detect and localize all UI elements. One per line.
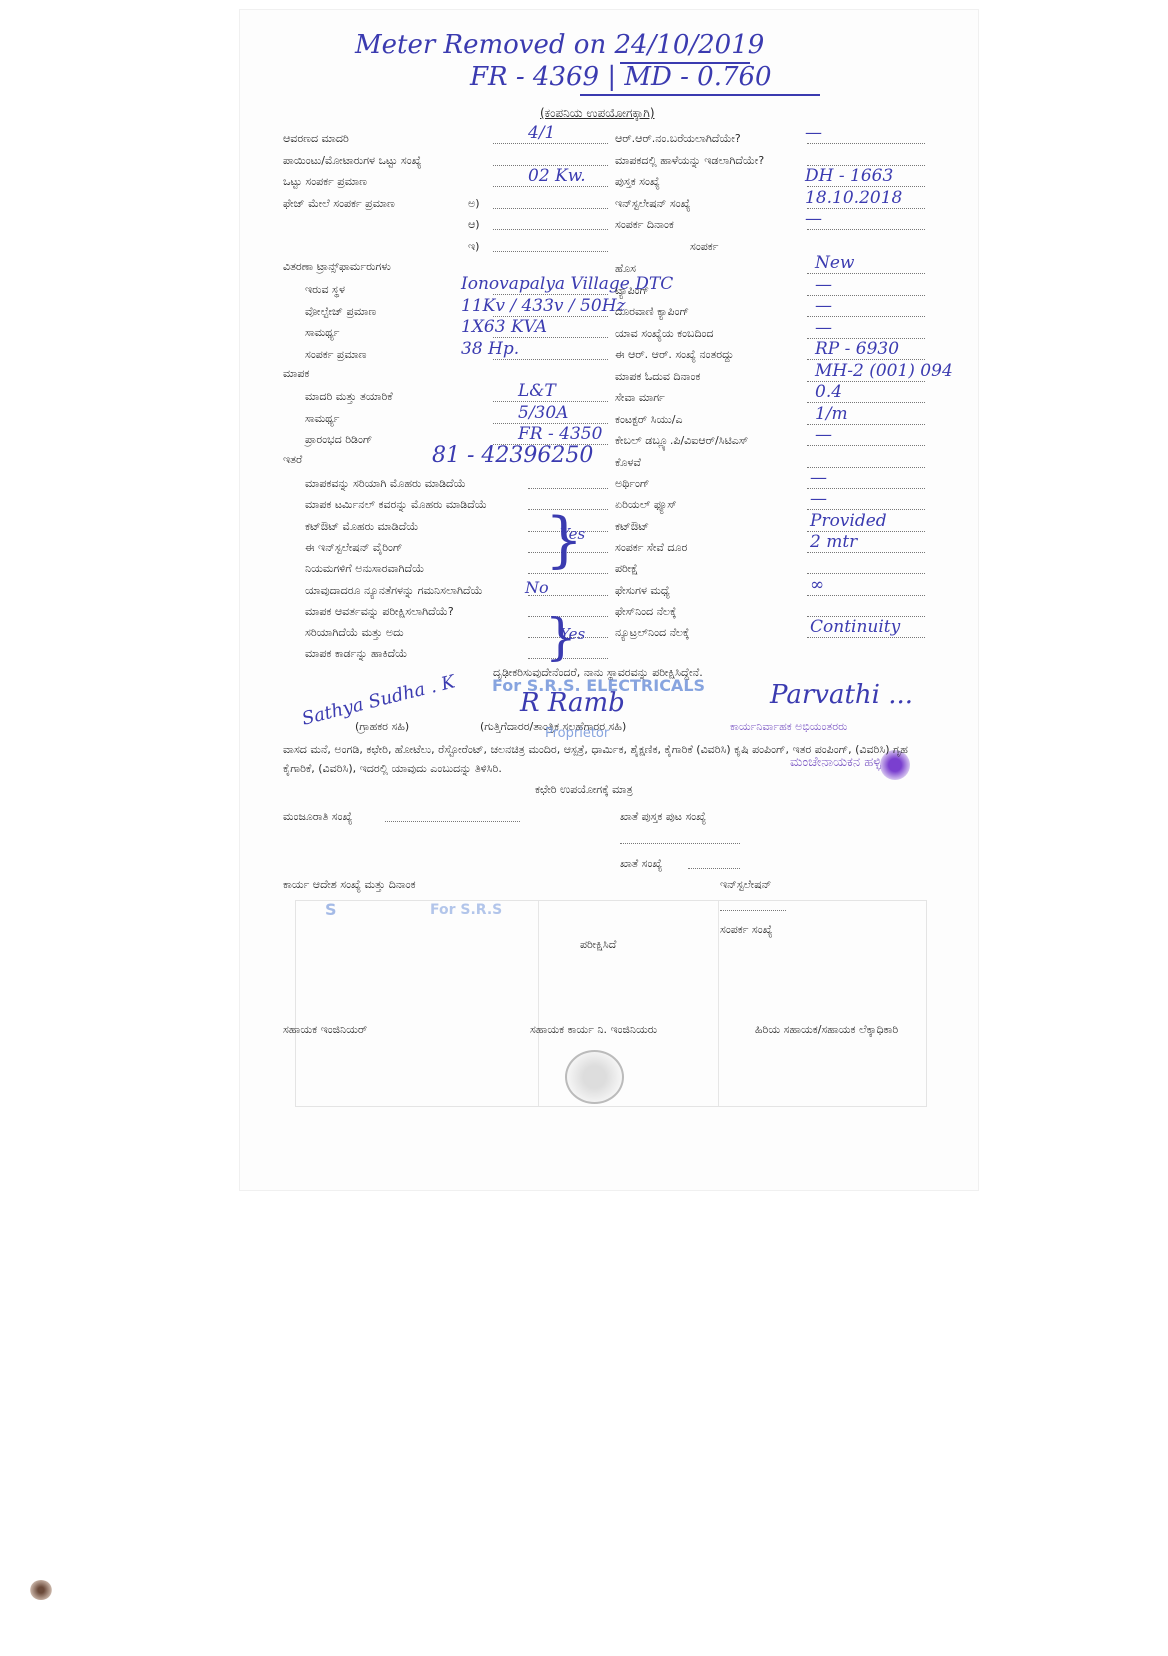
sub-item-marker: ಇ) [468, 238, 479, 256]
handwritten-value: — [815, 297, 832, 315]
handwritten-value: 38 Hp. [461, 340, 519, 358]
handwritten-value: 2 mtr [810, 533, 857, 551]
field-label: ಇನ್‌ಸ್ಟಲೇಷನ್ ಸಂಖ್ಯೆ [615, 195, 691, 213]
field-input[interactable] [493, 238, 608, 252]
section-other: ಇತರೆ [283, 453, 302, 467]
handwritten-value: — [805, 124, 822, 142]
sanction-no-label: ಮಂಜೂರಾತಿ ಸಂಖ್ಯೆ [283, 810, 352, 824]
field-label: ಮಾಪಕ ಟರ್ಮಿನಲ್ ಕವರನ್ನು ಮೊಹರು ಮಾಡಿದೆಯೆ [305, 496, 487, 514]
field-label: ಪುಸ್ತಕ ಸಂಖ್ಯೆ [615, 173, 660, 191]
field-label: ಸಾಮರ್ಥ್ಯ [305, 324, 340, 342]
handwritten-value: 11Kv / 433v / 50Hz [461, 297, 625, 315]
field-label: ಫೇಜ್ ಮೇಲೆ ಸಂಪರ್ಕ ಪ್ರಮಾಣ [283, 195, 395, 213]
field-input[interactable] [807, 152, 925, 166]
faded-stamp: For S.R.S [430, 902, 502, 918]
field-input[interactable] [807, 216, 925, 230]
field-label: ಆರ್.ಆರ್.ನಂ.ಬರೆಯಲಾಗಿದೆಯೇ? [615, 130, 741, 148]
ledger-page-label: ಖಾತೆ ಪುಸ್ತಕ ಪುಟ ಸಂಖ್ಯೆ [620, 810, 706, 824]
field-label: ಮಾಪಕ ಓದುವ ದಿನಾಂಕ [615, 368, 700, 386]
accounts-officer-label: ಹಿರಿಯ ಸಹಾಯಕ/ಸಹಾಯಕ ಲೆಕ್ಕಾಧಿಕಾರಿ [755, 1023, 898, 1037]
handwritten-value: — [810, 490, 827, 508]
field-label: ಮಾಪಕವನ್ನು ಸರಿಯಾಗಿ ಮೊಹರು ಮಾಡಿದೆಯೆ [305, 475, 466, 493]
field-label: ವೋಲ್ಟೇಜ್ ಪ್ರಮಾಣ [305, 303, 376, 321]
proprietor-stamp: Proprietor [545, 726, 609, 741]
field-label: ಈ ಇನ್‌ಸ್ಟಲೇಷನ್ ವೈರಿಂಗ್ [305, 539, 402, 557]
defects-value: No [525, 578, 549, 597]
company-seal-logo [565, 1050, 624, 1104]
handwritten-value: — [815, 276, 832, 294]
handwritten-value: MH-2 (001) 094 [815, 362, 953, 380]
field-label: ಹೊಸ [615, 260, 636, 278]
field-label: ಫೇಸುಗಳ ಮಧ್ಯೆ [615, 582, 670, 600]
field-label: ಸಂಪರ್ಕ ಸೇವೆ ದೂರ [615, 539, 687, 557]
field-label: ಆವರಣದ ಮಾದರಿ [283, 130, 349, 148]
field-label: ಕೊಳವೆ [615, 454, 641, 472]
field-label: ದೂರವಾಣಿ ಕ್ಯಾಪಿಂಗ್ [615, 303, 689, 321]
officer-signature-label: ಕಾರ್ಯನಿರ್ವಾಹಕ ಅಭಿಯಂತರರು [730, 720, 847, 734]
form-title: (ಕಂಪನಿಯ ಉಪಯೋಗಕ್ಕಾಗಿ) [540, 106, 655, 121]
section-sampark: ಸಂಪರ್ಕ [690, 240, 718, 254]
meter-serial: 81 - 42396250 [432, 443, 593, 468]
field-input[interactable] [807, 582, 925, 596]
field-label: ನಿಯಮಗಳಿಗೆ ಅನುಸಾರವಾಗಿದೆಯೆ [305, 560, 424, 578]
field-label: ಫೇಸ್‌ನಿಂದ ನೆಲಕ್ಕೆ [615, 603, 676, 621]
field-input[interactable] [493, 152, 608, 166]
handwritten-value: New [815, 254, 855, 272]
field-label: ಕಟ್‌ಔಟ್ ಮೊಹರು ಮಾಡಿದೆಯೆ [305, 518, 418, 536]
field-label: ಯಾವ ಸಂಖ್ಯೆಯ ಕಂಬದಿಂದ [615, 325, 714, 343]
handwritten-value: L&T [518, 382, 556, 400]
handwritten-value: DH - 1663 [805, 167, 893, 185]
handwritten-value: ∞ [810, 576, 824, 594]
field-input[interactable] [493, 216, 608, 230]
handwritten-value: FR - 4350 [518, 425, 602, 443]
faded-stamp: S [325, 900, 337, 919]
yes-value-2: Yes [560, 625, 585, 643]
field-label: ಸಾಮರ್ಥ್ಯ [305, 410, 340, 428]
section-transformers: ವಿತರಣಾ ಟ್ರಾನ್ಸ್‌ಫಾರ್ಮರುಗಳು [283, 260, 391, 274]
final-reading-note: FR - 4369 | MD - 0.760 [470, 62, 772, 92]
field-label: ಸರಿಯಾಗಿದೆಯೆ ಮತ್ತು ಅದು [305, 624, 404, 642]
scan-smudge [30, 1580, 52, 1600]
handwritten-value: 4/1 [528, 124, 555, 142]
sub-item-marker: ಅ) [468, 195, 480, 213]
handwritten-value: — [815, 319, 832, 337]
field-label: ಈ ಆರ್. ಆರ್. ಸಂಖ್ಯೆ ನಂತರದ್ದು [615, 346, 734, 364]
field-label: ಮಾದರಿ ಮತ್ತು ತಯಾರಿಕೆ [305, 388, 393, 406]
field-label: ಮಾಪಕ ಆವರ್ತವನ್ನು ಪರೀಕ್ಷಿಸಲಾಗಿದೆಯೆ? [305, 603, 454, 621]
handwritten-value: — [815, 426, 832, 444]
field-label: ಕಟ್‌ಔಟ್ [615, 518, 649, 536]
sub-item-marker: ಆ) [468, 216, 480, 234]
yes-value-1: Yes [560, 525, 585, 543]
handwritten-value: 0.4 [815, 383, 842, 401]
work-order-label: ಕಾರ್ಯ ಆದೇಶ ಸಂಖ್ಯೆ ಮತ್ತು ದಿನಾಂಕ [283, 878, 416, 892]
handwritten-value: — [805, 210, 822, 228]
account-no-label: ಖಾತೆ ಸಂಖ್ಯೆ [620, 857, 662, 871]
section-meter: ಮಾಪಕ [283, 367, 309, 381]
field-input[interactable] [528, 475, 608, 489]
note-underline [580, 94, 820, 96]
handwritten-value: — [810, 469, 827, 487]
field-label: ಪರೀಕ್ಷೆ [615, 560, 638, 578]
handwritten-value: 5/30A [518, 404, 568, 422]
field-label: ಮಾಪಕದಲ್ಲಿ ಹಾಳೆಯನ್ನು ಇಡಲಾಗಿದೆಯೇ? [615, 152, 764, 170]
installation-label: ಇನ್‌ಸ್ಟಲೇಷನ್ [720, 878, 771, 892]
field-label: ಕಂಟಕ್ಟರ್ ಸಿಯು/ಎ [615, 411, 683, 429]
ledger-page-field[interactable] [620, 830, 740, 844]
officer-signature: Parvathi ... [770, 680, 913, 710]
consumer-signature-label: (ಗ್ರಾಹಕರ ಸಹಿ) [355, 720, 409, 734]
handwritten-value: Continuity [810, 618, 900, 636]
premises-note: ವಾಸದ ಮನೆ, ಅಂಗಡಿ, ಕಛೇರಿ, ಹೋಟೆಲು, ರೆಸ್ಟೋರೆ… [283, 740, 923, 778]
contractor-signature: R Ramb [520, 688, 625, 718]
checked-label: ಪರೀಕ್ಷಿಸಿದೆ [580, 938, 616, 952]
meter-removed-note: Meter Removed on 24/10/2019 [355, 30, 764, 60]
field-label: ಯಾವುದಾದರೂ ನ್ಯೂನತೆಗಳನ್ನು ಗಮನಿಸಲಾಗಿದೆಯೆ [305, 582, 483, 600]
field-label: ಕೇಬಲ್ ಡಬ್ಲ್ಯೂ.ಪಿ/ವಿಐಆರ್/ಸಿಟಿಎಸ್ [615, 432, 748, 450]
assistant-engineer-label: ಸಹಾಯಕ ಇಂಜಿನಿಯರ್ [283, 1023, 367, 1037]
account-no-field[interactable] [688, 855, 740, 869]
field-input[interactable] [807, 560, 925, 574]
field-label: ಇರುವ ಸ್ಥಳ [305, 281, 345, 299]
field-input[interactable] [493, 195, 608, 209]
office-use-title: ಕಛೇರಿ ಉಪಯೋಗಕ್ಕೆ ಮಾತ್ರ [535, 783, 633, 797]
connection-no-label: ಸಂಪರ್ಕ ಸಂಖ್ಯೆ [720, 923, 773, 937]
field-label: ಪಾಯಿಂಟು/ಮೋಟಾರುಗಳ ಒಟ್ಟು ಸಂಖ್ಯೆ [283, 152, 422, 170]
field-label: ಅರ್ಥಿಂಗ್ [615, 475, 649, 493]
field-input[interactable] [807, 603, 925, 617]
field-label: ನ್ಯೂಟ್ರಲ್‌ನಿಂದ ನೆಲಕ್ಕೆ [615, 624, 689, 642]
handwritten-value: 1X63 KVA [461, 318, 547, 336]
handwritten-value: Provided [810, 512, 887, 530]
handwritten-value: 02 Kw. [528, 167, 586, 185]
field-label: ಪ್ರಾರಂಭದ ರಿಡಿಂಗ್ [305, 431, 372, 449]
sanction-no-field[interactable] [385, 808, 520, 822]
handwritten-value: 1/m [815, 405, 848, 423]
field-label: ಸೇವಾ ಮಾರ್ಗ [615, 389, 665, 407]
field-label: ಟ್ಯಾಪಿಂಗ್ [615, 282, 649, 300]
field-input[interactable] [807, 454, 925, 468]
field-label: ಸಂಪರ್ಕ ಪ್ರಮಾಣ [305, 346, 367, 364]
field-label: ಮಾಪಕ ಕಾರ್ಡನ್ನು ಹಾಕಿದೆಯೆ [305, 645, 407, 663]
handwritten-value: RP - 6930 [815, 340, 899, 358]
field-label: ಸಂಪರ್ಕ ದಿನಾಂಕ [615, 216, 674, 234]
field-input[interactable] [807, 130, 925, 144]
field-label: ಒಟ್ಟು ಸಂಪರ್ಕ ಪ್ರಮಾಣ [283, 173, 367, 191]
handwritten-value: 18.10.2018 [805, 189, 902, 207]
assistant-exec-engineer-label: ಸಹಾಯಕ ಕಾರ್ಯ ನಿ. ಇಂಜಿನಿಯರು [530, 1023, 657, 1037]
field-label: ಏರಿಯಲ್ ಫ್ಯೂಸ್ [615, 496, 677, 514]
